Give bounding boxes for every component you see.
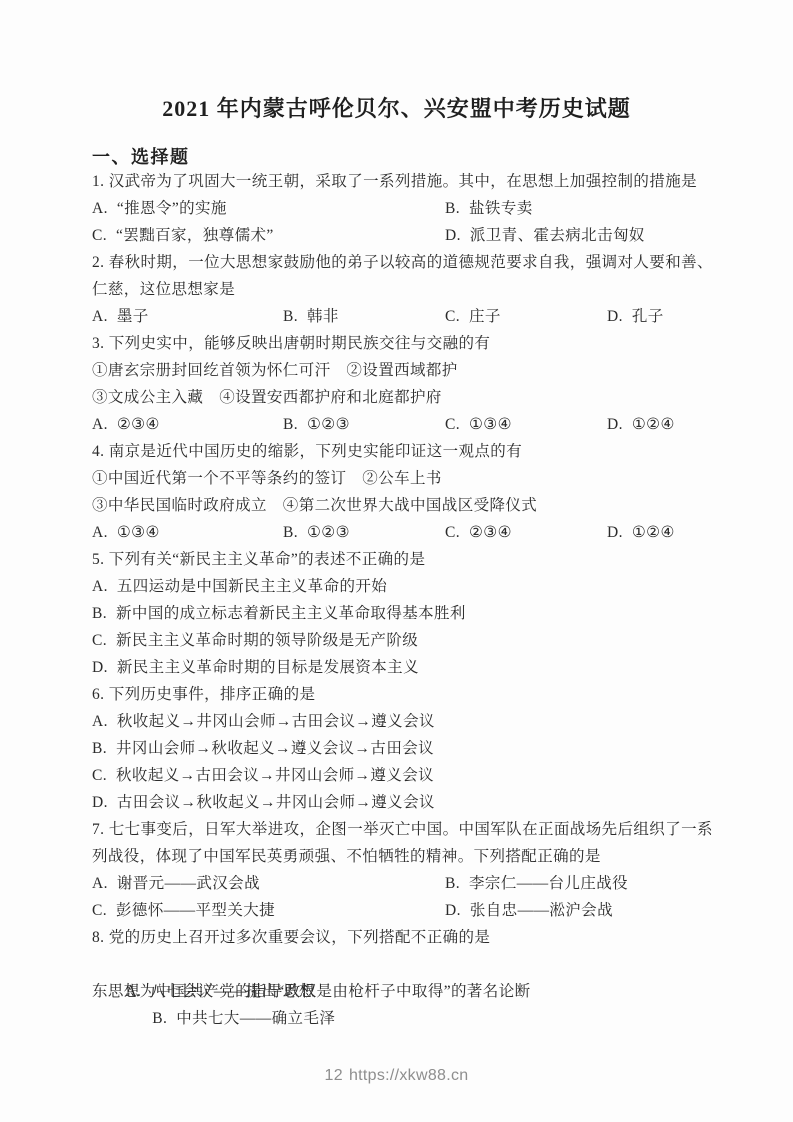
- option-text: 派卫青、霍去病北击匈奴: [470, 227, 645, 244]
- option-a: A.秋收起义→井冈山会师→古田会议→遵义会议: [92, 708, 706, 735]
- question-5: 5. 下列有关“新民主主义革命”的表述不正确的是 A.五四运动是中国新民主主义革…: [92, 546, 706, 681]
- option-text: 墨子: [117, 308, 149, 325]
- option-label: A.: [92, 200, 108, 217]
- option-label: D.: [92, 794, 108, 811]
- question-1: 1. 汉武帝为了巩固大一统王朝，采取了一系列措施。其中，在思想上加强控制的措施是…: [92, 168, 706, 249]
- option-label: B.: [92, 740, 107, 757]
- option-a: A.谢晋元——武汉会战: [92, 870, 445, 897]
- options-row: A.①③④ B.①②③ C.②③④ D.①②④: [92, 519, 706, 546]
- option-label: B.: [283, 524, 298, 541]
- options-inline-row: A.八七会议——提出“政权是由枪杆子中取得”的著名论断 B.中共七大——确立毛泽: [92, 951, 706, 978]
- question-3: 3. 下列史实中，能够反映出唐朝时期民族交往与交融的有 ①唐玄宗册封回纥首领为怀…: [92, 330, 706, 438]
- question-stem: 4. 南京是近代中国历史的缩影，下列史实能印证这一观点的有: [92, 438, 706, 465]
- option-label: A.: [92, 308, 108, 325]
- option-b: B.李宗仁——台儿庄战役: [445, 870, 706, 897]
- option-c: C.新民主主义革命时期的领导阶级是无产阶级: [92, 627, 706, 654]
- option-text: 彭德怀——平型关大捷: [116, 902, 275, 919]
- option-label: D.: [445, 902, 461, 919]
- option-a: A.墨子: [92, 303, 283, 330]
- option-label: D.: [607, 308, 623, 325]
- option-a: A.①③④: [92, 519, 283, 546]
- option-d: D.①②④: [607, 411, 706, 438]
- option-text: “推恩令”的实施: [117, 200, 227, 217]
- option-b: B.盐铁专卖: [445, 195, 706, 222]
- option-text: ②③④: [469, 524, 512, 541]
- option-text: 新民主主义革命时期的目标是发展资本主义: [117, 659, 419, 676]
- options-row: A.“推恩令”的实施 B.盐铁专卖: [92, 195, 706, 222]
- options-row: A.②③④ B.①②③ C.①③④ D.①②④: [92, 411, 706, 438]
- question-item-line: ③文成公主入藏 ④设置安西都护府和北庭都护府: [92, 384, 706, 411]
- option-c: C.庄子: [445, 303, 607, 330]
- question-item-line: ①中国近代第一个不平等条约的签订 ②公车上书: [92, 465, 706, 492]
- question-stem: 7. 七七事变后，日军大举进攻，企图一举灭亡中国。中国军队在正面战场先后组织了一…: [92, 816, 706, 843]
- option-d: D.古田会议→秋收起义→井冈山会师→遵义会议: [92, 789, 706, 816]
- option-label: C.: [92, 767, 107, 784]
- option-b: B.①②③: [283, 519, 445, 546]
- question-stem: 1. 汉武帝为了巩固大一统王朝，采取了一系列措施。其中，在思想上加强控制的措施是: [92, 168, 706, 195]
- option-label: A.: [92, 416, 108, 433]
- page-title: 2021 年内蒙古呼伦贝尔、兴安盟中考历史试题: [0, 93, 793, 125]
- option-text: ②③④: [117, 416, 160, 433]
- option-text: ①②④: [632, 416, 675, 433]
- option-text: 庄子: [469, 308, 501, 325]
- question-item-line: ③中华民国临时政府成立 ④第二次世界大战中国战区受降仪式: [92, 492, 706, 519]
- option-label: C.: [92, 902, 107, 919]
- option-b: B.井冈山会师→秋收起义→遵义会议→古田会议: [92, 735, 706, 762]
- option-d: D.新民主主义革命时期的目标是发展资本主义: [92, 654, 706, 681]
- option-label: C.: [445, 524, 460, 541]
- option-text: 李宗仁——台儿庄战役: [469, 875, 628, 892]
- option-c: C.彭德怀——平型关大捷: [92, 897, 445, 924]
- option-label: B.: [283, 416, 298, 433]
- question-8: 8. 党的历史上召开过多次重要会议，下列搭配不正确的是 A.八七会议——提出“政…: [92, 924, 706, 1005]
- exam-paper-page: 2021 年内蒙古呼伦贝尔、兴安盟中考历史试题 一、选择题 1. 汉武帝为了巩固…: [0, 0, 793, 1122]
- option-label: D.: [607, 524, 623, 541]
- option-text: 孔子: [632, 308, 664, 325]
- page-footer: 12https://xkw88.cn: [0, 1064, 793, 1088]
- option-text: 韩非: [307, 308, 339, 325]
- option-text: ①③④: [117, 524, 160, 541]
- option-label: D.: [92, 659, 108, 676]
- option-d: D.派卫青、霍去病北击匈奴: [445, 222, 706, 249]
- option-label: B.: [283, 308, 298, 325]
- option-label: B.: [92, 605, 107, 622]
- option-c: C.“罢黜百家，独尊儒术”: [92, 222, 445, 249]
- question-7: 7. 七七事变后，日军大举进攻，企图一举灭亡中国。中国军队在正面战场先后组织了一…: [92, 816, 706, 924]
- question-6: 6. 下列历史事件，排序正确的是 A.秋收起义→井冈山会师→古田会议→遵义会议 …: [92, 681, 706, 816]
- section-heading: 一、选择题: [92, 144, 190, 171]
- option-a: A.②③④: [92, 411, 283, 438]
- option-d: D.张自忠——淞沪会战: [445, 897, 706, 924]
- question-stem: 5. 下列有关“新民主主义革命”的表述不正确的是: [92, 546, 706, 573]
- option-text: ①②④: [632, 524, 675, 541]
- option-text: 新中国的成立标志着新民主主义革命取得基本胜利: [116, 605, 466, 622]
- question-stem-continued: 仁慈，这位思想家是: [92, 276, 706, 303]
- options-row: C.“罢黜百家，独尊儒术” D.派卫青、霍去病北击匈奴: [92, 222, 706, 249]
- option-text: ①②③: [307, 524, 350, 541]
- question-stem: 8. 党的历史上召开过多次重要会议，下列搭配不正确的是: [92, 924, 706, 951]
- option-text: 五四运动是中国新民主主义革命的开始: [117, 578, 387, 595]
- option-text: 井冈山会师→秋收起义→遵义会议→古田会议: [116, 740, 434, 757]
- questions-area: 1. 汉武帝为了巩固大一统王朝，采取了一系列措施。其中，在思想上加强控制的措施是…: [92, 168, 706, 1005]
- option-label: C.: [92, 632, 107, 649]
- option-text: 张自忠——淞沪会战: [470, 902, 613, 919]
- option-label: B.: [152, 1010, 167, 1027]
- option-d: D.孔子: [607, 303, 706, 330]
- option-a: A.“推恩令”的实施: [92, 195, 445, 222]
- option-text: 盐铁专卖: [469, 200, 533, 217]
- options-row: A.谢晋元——武汉会战 B.李宗仁——台儿庄战役: [92, 870, 706, 897]
- option-d: D.①②④: [607, 519, 706, 546]
- option-label: A.: [92, 524, 108, 541]
- question-4: 4. 南京是近代中国历史的缩影，下列史实能印证这一观点的有 ①中国近代第一个不平…: [92, 438, 706, 546]
- option-label: D.: [445, 227, 461, 244]
- option-text: 新民主主义革命时期的领导阶级是无产阶级: [116, 632, 418, 649]
- option-label: C.: [445, 416, 460, 433]
- option-b: B.中共七大——确立毛泽: [126, 1010, 335, 1027]
- option-label: B.: [445, 875, 460, 892]
- option-c: C.①③④: [445, 411, 607, 438]
- footer-url: https://xkw88.cn: [349, 1067, 469, 1084]
- options-row: A.墨子 B.韩非 C.庄子 D.孔子: [92, 303, 706, 330]
- option-c: C.秋收起义→古田会议→井冈山会师→遵义会议: [92, 762, 706, 789]
- option-a: A.五四运动是中国新民主主义革命的开始: [92, 573, 706, 600]
- option-c: C.②③④: [445, 519, 607, 546]
- question-stem-continued: 列战役，体现了中国军民英勇顽强、不怕牺牲的精神。下列搭配正确的是: [92, 843, 706, 870]
- options-row: C.彭德怀——平型关大捷 D.张自忠——淞沪会战: [92, 897, 706, 924]
- option-label: B.: [445, 200, 460, 217]
- question-stem: 3. 下列史实中，能够反映出唐朝时期民族交往与交融的有: [92, 330, 706, 357]
- option-label: D.: [607, 416, 623, 433]
- option-text: 谢晋元——武汉会战: [117, 875, 260, 892]
- option-text: 古田会议→秋收起义→井冈山会师→遵义会议: [117, 794, 435, 811]
- option-text: “罢黜百家，独尊儒术”: [116, 227, 274, 244]
- option-label: A.: [92, 713, 108, 730]
- option-text: 中共七大——确立毛泽: [176, 1010, 335, 1027]
- page-number: 12: [325, 1067, 343, 1084]
- option-label: C.: [92, 227, 107, 244]
- option-label: C.: [445, 308, 460, 325]
- option-text: ①②③: [307, 416, 350, 433]
- question-stem: 2. 春秋时期，一位大思想家鼓励他的弟子以较高的道德规范要求自我，强调对人要和善…: [92, 249, 706, 276]
- option-text: ①③④: [469, 416, 512, 433]
- question-stem: 6. 下列历史事件，排序正确的是: [92, 681, 706, 708]
- option-b: B.①②③: [283, 411, 445, 438]
- option-b: B.韩非: [283, 303, 445, 330]
- option-b: B.新中国的成立标志着新民主主义革命取得基本胜利: [92, 600, 706, 627]
- question-2: 2. 春秋时期，一位大思想家鼓励他的弟子以较高的道德规范要求自我，强调对人要和善…: [92, 249, 706, 330]
- option-label: A.: [92, 875, 108, 892]
- option-label: A.: [92, 578, 108, 595]
- option-text: 秋收起义→古田会议→井冈山会师→遵义会议: [116, 767, 434, 784]
- option-text: 秋收起义→井冈山会师→古田会议→遵义会议: [117, 713, 435, 730]
- question-item-line: ①唐玄宗册封回纥首领为怀仁可汗 ②设置西域都护: [92, 357, 706, 384]
